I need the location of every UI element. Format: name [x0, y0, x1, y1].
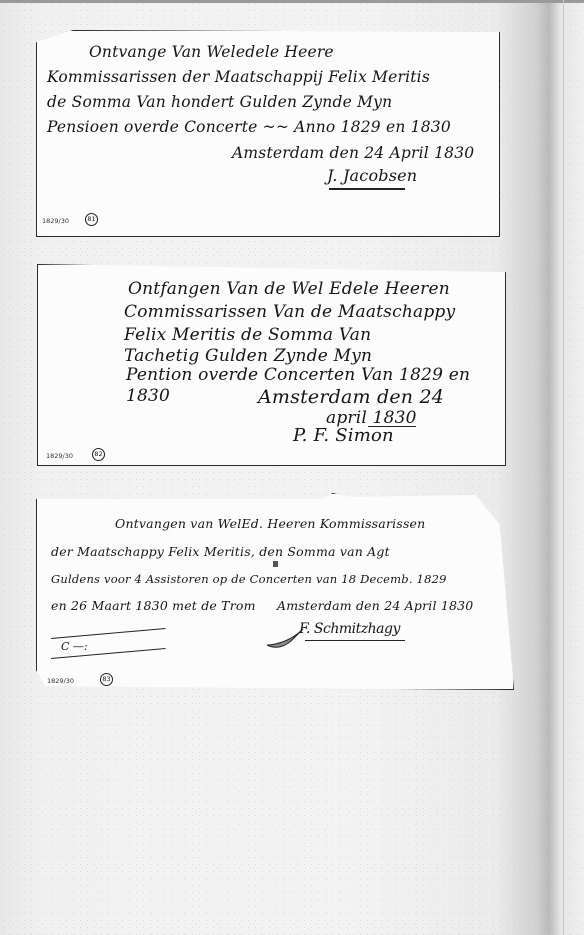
receipt-3-line-4: en 26 Maart 1830 met de Trom [51, 598, 256, 613]
scan-top-edge [0, 0, 584, 3]
receipt-3-signature: F. Schmitzhagy [299, 621, 400, 637]
signature-underline [329, 188, 405, 190]
receipt-2-line-6: 1830 [126, 386, 170, 406]
receipt-2-line-3: Felix Meritis de Somma Van [124, 325, 371, 345]
item-number-badge: 83 [100, 673, 113, 686]
receipt-3-place-date: Amsterdam den 24 April 1830 [277, 598, 473, 613]
item-number-badge: 82 [92, 448, 105, 461]
signature-underline [305, 640, 405, 641]
item-number-badge: 81 [85, 213, 98, 226]
receipt-2-line-2: Commissarissen Van de Maatschappy [124, 302, 455, 322]
receipt-2-line-5: Pention overde Concerten Van 1829 en [126, 365, 470, 385]
receipt-3-line-1: Ontvangen van WelEd. Heeren Kommissariss… [115, 516, 425, 531]
catalog-number: 1829/30 [42, 217, 69, 225]
scanned-page: Ontvange Van Weledele Heere Kommissariss… [0, 0, 584, 935]
receipt-3-line-2: der Maatschappy Felix Meritis, den Somma… [51, 544, 390, 559]
receipt-2-line-1: Ontfangen Van de Wel Edele Heeren [128, 279, 450, 299]
receipt-slip-2: Ontfangen Van de Wel Edele Heeren Commis… [37, 264, 506, 466]
catalog-number: 1829/30 [47, 677, 74, 685]
ink-blot [273, 561, 278, 567]
receipt-1-signature: J. Jacobsen [327, 166, 417, 185]
receipt-2-signature: P. F. Simon [293, 425, 394, 446]
receipt-1-line-2: Kommissarissen der Maatschappij Felix Me… [47, 68, 430, 86]
stamp-lines: C —: [51, 632, 166, 660]
stamp-mark: C —: [61, 640, 88, 653]
binding-shadow [563, 0, 564, 935]
receipt-slip-3: Ontvangen van WelEd. Heeren Kommissariss… [36, 493, 514, 690]
receipt-slip-1: Ontvange Van Weledele Heere Kommissariss… [36, 30, 500, 237]
stamp-line-top [51, 628, 166, 639]
receipt-1-place-date: Amsterdam den 24 April 1830 [232, 144, 474, 162]
catalog-number: 1829/30 [46, 452, 73, 460]
receipt-1-line-1: Ontvange Van Weledele Heere [89, 43, 334, 61]
receipt-3-line-3: Guldens voor 4 Assistoren op de Concerte… [51, 572, 447, 586]
receipt-2-line-4: Tachetig Gulden Zynde Myn [124, 346, 372, 366]
receipt-2-place-date: Amsterdam den 24 [258, 386, 444, 408]
receipt-1-line-4: Pensioen overde Concerte ~~ Anno 1829 en… [47, 118, 451, 136]
receipt-1-line-3: de Somma Van hondert Gulden Zynde Myn [47, 93, 392, 111]
